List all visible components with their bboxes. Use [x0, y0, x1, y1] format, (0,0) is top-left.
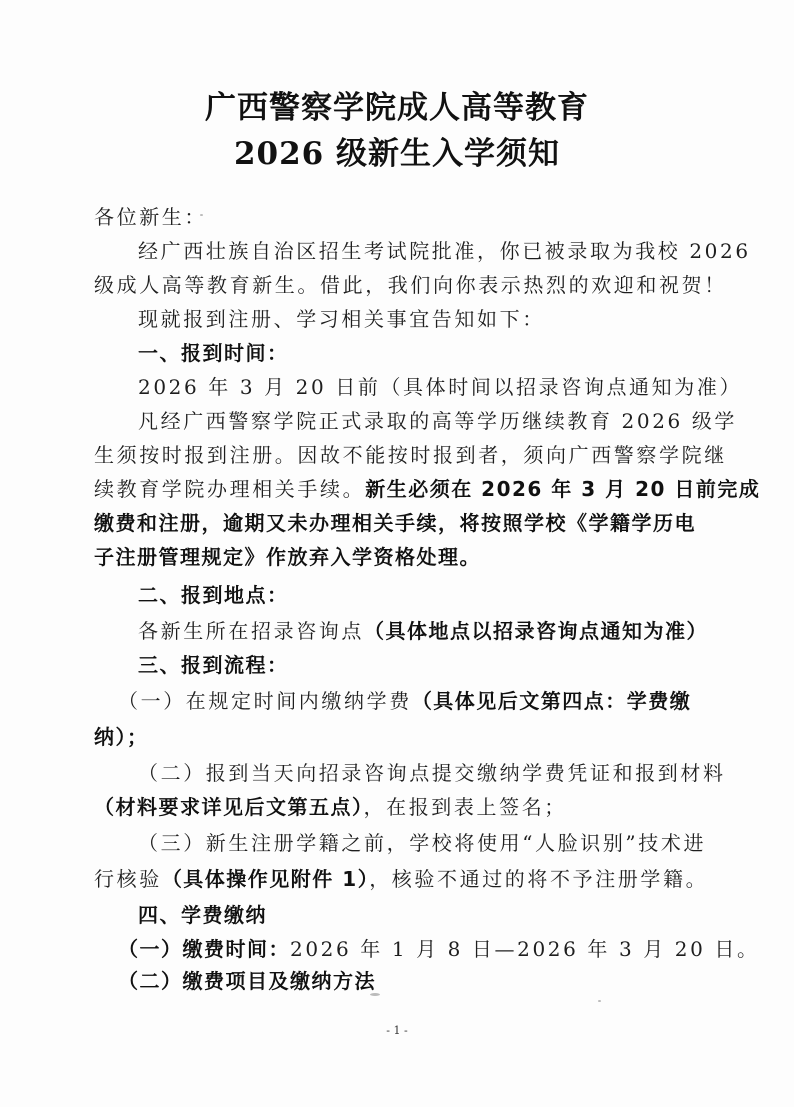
section3-item2-normal: ，在报到表上签名； — [364, 795, 567, 819]
section1-paragraph-line3-bold: 新生必须在 2026 年 3 月 20 日前完成 — [365, 477, 760, 501]
section3-item3-normal-b: ，核验不通过的将不予注册学籍。 — [369, 867, 708, 891]
section3-item2-line1: （二）报到当天向招录咨询点提交缴纳学费凭证和报到材料 — [138, 761, 738, 785]
section3-item3-bold: （具体操作见附件 1） — [162, 867, 369, 891]
section3-heading: 三、报到流程： — [138, 653, 738, 677]
section1-paragraph-line3: 续教育学院办理相关手续。新生必须在 2026 年 3 月 20 日前完成 — [94, 477, 694, 501]
section1-paragraph-line3-normal: 续教育学院办理相关手续。 — [94, 477, 365, 501]
document-page: 广西警察学院成人高等教育 2026 级新生入学须知 各位新生： 经广西壮族自治区… — [0, 0, 794, 1107]
section1-paragraph-line1: 凡经广西警察学院正式录取的高等学历继续教育 2026 级学 — [138, 409, 738, 433]
section1-date: 2026 年 3 月 20 日前（具体时间以招录咨询点通知为准） — [138, 375, 738, 399]
section2-location: 各新生所在招录咨询点（具体地点以招录咨询点通知为准） — [138, 619, 738, 643]
scan-speck — [370, 993, 380, 996]
section3-item3-line2: 行核验（具体操作见附件 1），核验不通过的将不予注册学籍。 — [94, 867, 694, 891]
section3-item1-continued: 纳）； — [94, 725, 694, 749]
page-number: - 1 - — [0, 1024, 794, 1037]
section3-item1-normal: （一）在规定时间内缴纳学费 — [118, 689, 412, 713]
document-title-line2: 2026 级新生入学须知 — [0, 128, 794, 173]
section2-location-bold: （具体地点以招录咨询点通知为准） — [364, 619, 708, 643]
section4-sub1-label: （一）缴费时间： — [118, 937, 290, 961]
scan-speck — [598, 1000, 601, 1002]
intro-line-3: 现就报到注册、学习相关事宜告知如下： — [138, 307, 738, 331]
section1-paragraph-line4: 缴费和注册，逾期又未办理相关手续，将按照学校《学籍学历电 — [94, 511, 694, 535]
section3-item3-line1: （三）新生注册学籍之前，学校将使用“人脸识别”技术进 — [138, 831, 738, 855]
section3-item2-line2: （材料要求详见后文第五点），在报到表上签名； — [94, 795, 694, 819]
section4-sub1-value: 2026 年 1 月 8 日—2026 年 3 月 20 日。 — [290, 937, 760, 961]
section4-heading: 四、学费缴纳 — [138, 903, 738, 927]
section1-paragraph-line5: 子注册管理规定》作放弃入学资格处理。 — [94, 545, 694, 569]
intro-line-2: 级成人高等教育新生。借此，我们向你表示热烈的欢迎和祝贺！ — [94, 273, 694, 297]
scan-speck — [200, 214, 203, 216]
section1-heading: 一、报到时间： — [138, 341, 738, 365]
section3-item1: （一）在规定时间内缴纳学费（具体见后文第四点：学费缴 — [118, 689, 718, 713]
section1-paragraph-line2: 生须按时报到注册。因故不能按时报到者，须向广西警察学院继 — [94, 443, 694, 467]
section4-sub1: （一）缴费时间：2026 年 1 月 8 日—2026 年 3 月 20 日。 — [118, 937, 718, 961]
section3-item1-bold: （具体见后文第四点：学费缴 — [412, 689, 692, 713]
section2-heading: 二、报到地点： — [138, 583, 738, 607]
section3-item3-normal-a: 行核验 — [94, 867, 162, 891]
salutation: 各位新生： — [94, 205, 694, 229]
section4-sub2-heading: （二）缴费项目及缴纳方法 — [118, 969, 718, 993]
section2-location-normal: 各新生所在招录咨询点 — [138, 619, 364, 643]
section3-item2-bold: （材料要求详见后文第五点） — [94, 795, 364, 819]
intro-line-1: 经广西壮族自治区招生考试院批准，你已被录取为我校 2026 — [138, 239, 738, 263]
document-title-line1: 广西警察学院成人高等教育 — [0, 82, 794, 127]
